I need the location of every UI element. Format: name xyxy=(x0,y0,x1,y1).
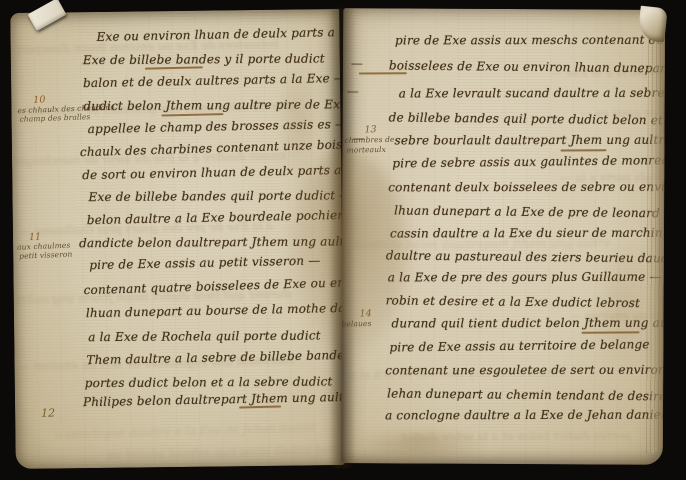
ink-underline xyxy=(560,149,606,151)
manuscript-page-left: boisselees de Exe ou environ lhuan dunep… xyxy=(10,9,345,469)
manuscript-line: Philipes belon daultrepart Jthem ung aul… xyxy=(83,390,345,411)
manuscript-line: robin et desire et a la Exe dudict lebro… xyxy=(386,293,641,311)
margin-note-line: champ des bralles xyxy=(19,112,90,124)
manuscript-line: balon et de deulx aultres parts a la Exe… xyxy=(83,71,345,91)
manuscript-line: portes dudict belon et a la sebre dudict xyxy=(85,374,333,391)
manuscript-line: Exe de billebe bandes y il porte dudict xyxy=(83,51,325,68)
manuscript-line: lehan dunepart au chemin tendant de desi… xyxy=(387,386,665,404)
manuscript-scan: boisselees de Exe ou environ lhuan dunep… xyxy=(0,0,686,480)
manuscript-line: Exe de billebe bandes quil porte dudict … xyxy=(88,188,344,205)
margin-item-number: 14 xyxy=(359,308,371,319)
manuscript-line: dudict belon Jthem ung aultre pire de Ex… xyxy=(83,97,344,114)
show-through-text: portes dudict belon et a la sebre dudict xyxy=(401,428,631,443)
manuscript-line: durand quil tient dudict belon Jthem ung… xyxy=(392,316,666,332)
ink-underline xyxy=(581,331,639,333)
book-gutter-shadow xyxy=(329,8,355,468)
manuscript-line: appellee le champ des brosses assis es — xyxy=(88,117,345,137)
manuscript-line: Them daultre a la sebre de billebe bande… xyxy=(86,347,344,368)
manuscript-line: sebre bourlault daultrepart Jhem ung aul… xyxy=(394,133,665,149)
manuscript-line: a la Exe levrault sucand daultre a la se… xyxy=(399,86,665,102)
manuscript-line: belon daultre a la Exe bourdeale pochier xyxy=(87,208,344,228)
manuscript-line: de billebe bandes quil porte dudict belo… xyxy=(389,110,666,128)
ink-underline xyxy=(239,406,281,409)
manuscript-line: a la Exe de pre des gours plus Guillaume… xyxy=(388,270,662,286)
ink-underline xyxy=(161,113,223,116)
show-through-text: de billebe bandes quil porte dudict belo… xyxy=(107,441,344,462)
margin-item-number: 13 xyxy=(364,124,376,135)
manuscript-line: Exe ou environ lhuan de deulx parts a la… xyxy=(96,25,344,45)
manuscript-line: contenant une esgouletee de sert ou envi… xyxy=(385,363,665,379)
ink-underline xyxy=(359,72,407,74)
manuscript-page-right: balon et de deulx aultres parts a la Exe… xyxy=(341,8,665,465)
manuscript-line: contenant deulx boisselees de sebre ou e… xyxy=(388,180,665,196)
page-number: 12 xyxy=(41,407,55,420)
manuscript-line: dandicte belon daultrepart Jthem ung aul… xyxy=(79,234,345,251)
show-through-text: a conclogne daultre a la Exe de Jehan da… xyxy=(55,421,315,442)
ink-underline xyxy=(145,66,203,69)
manuscript-line: pire de Exe assis au petit visseron — xyxy=(89,253,320,273)
manuscript-line: daultre au pastureaul des ziers beurieu … xyxy=(386,248,665,266)
manuscript-line: pire de sebre assis aux gaulintes de mon… xyxy=(392,153,665,172)
manuscript-line: pire de Exe assis aux meschs contenant d… xyxy=(395,33,665,49)
manuscript-line: boisselees de Exe ou environ lhuan dunep… xyxy=(389,58,665,76)
manuscript-line: a conclogne daultre a la Exe de Jehan da… xyxy=(385,408,665,424)
manuscript-line: pire de Exe assis au territoire de belan… xyxy=(389,337,649,355)
manuscript-line: cassin daultre a la Exe du sieur de marc… xyxy=(390,226,665,242)
book-fore-edge xyxy=(646,24,665,454)
manuscript-line: lhuan dunepart a la Exe de pre de leonar… xyxy=(394,203,665,221)
margin-note-line: petit visseron xyxy=(19,250,72,261)
manuscript-line: a la Exe de Rochela quil porte dudict xyxy=(88,328,321,345)
